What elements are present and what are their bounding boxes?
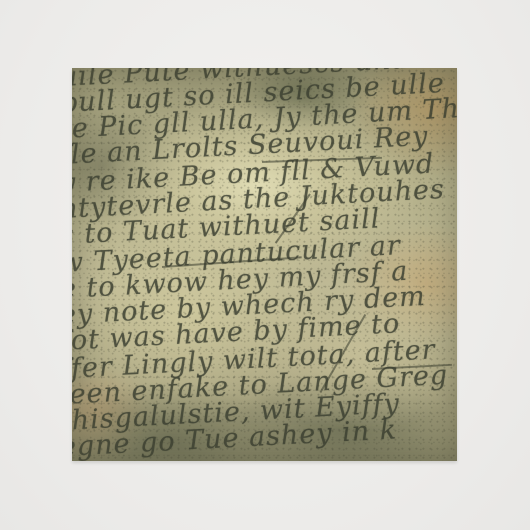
scarf-vignette xyxy=(72,68,457,461)
scarf: uile Pute withuescs una da pull ugt so i… xyxy=(72,68,457,461)
